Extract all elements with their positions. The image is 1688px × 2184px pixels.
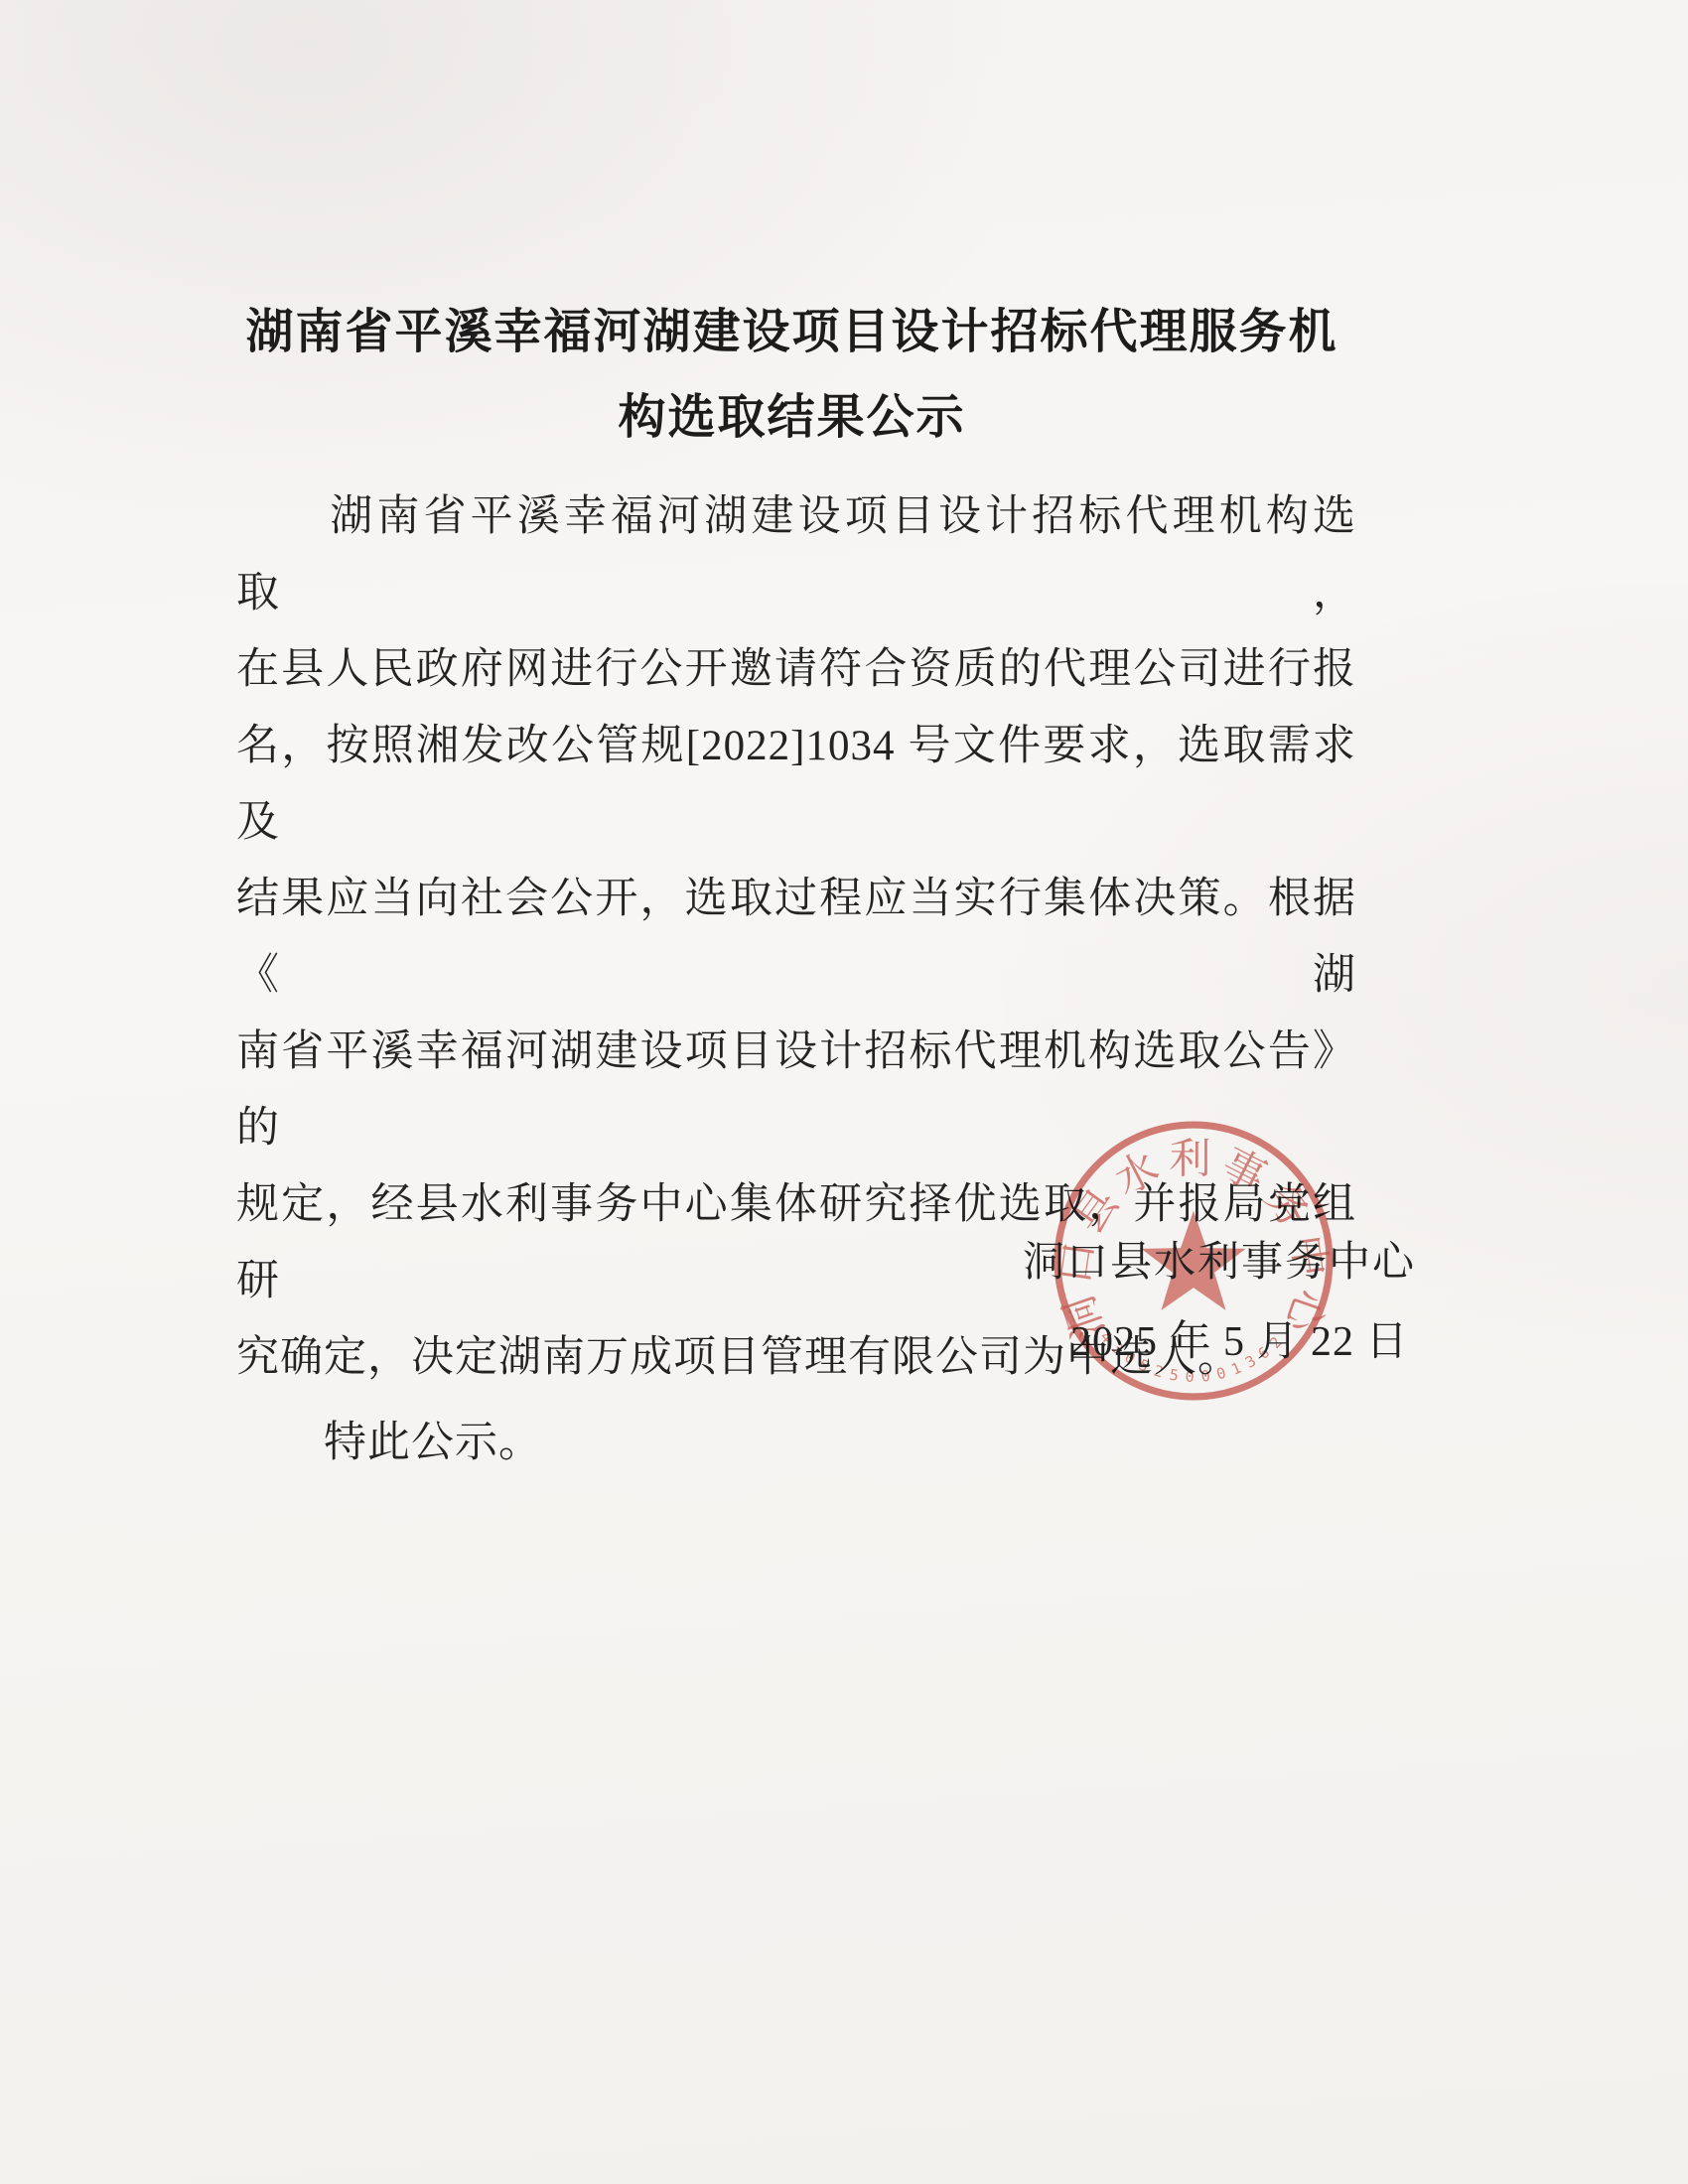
document-title-line-2: 构选取结果公示 (243, 375, 1340, 461)
document-title: 湖南省平溪幸福河湖建设项目设计招标代理服务机 构选取结果公示 (243, 290, 1340, 461)
body-line: 在县人民政府网进行公开邀请符合资质的代理公司进行报 (236, 631, 1356, 708)
scanned-paper-page: 湖南省平溪幸福河湖建设项目设计招标代理服务机 构选取结果公示 湖南省平溪幸福河湖… (0, 0, 1688, 2184)
closing-statement: 特此公示。 (236, 1405, 1356, 1481)
document-title-line-1: 湖南省平溪幸福河湖建设项目设计招标代理服务机 (243, 290, 1340, 375)
body-line: 湖南省平溪幸福河湖建设项目设计招标代理机构选取， (236, 478, 1356, 631)
body-line: 结果应当向社会公开，选取过程应当实行集体决策。根据《湖 (236, 861, 1356, 1014)
signature-date: 2025 年 5 月 22 日 (1070, 1308, 1468, 1368)
signature-org: 洞口县水利事务中心 (1023, 1229, 1420, 1289)
body-line: 名，按照湘发改公管规[2022]1034 号文件要求，选取需求及 (236, 708, 1356, 861)
